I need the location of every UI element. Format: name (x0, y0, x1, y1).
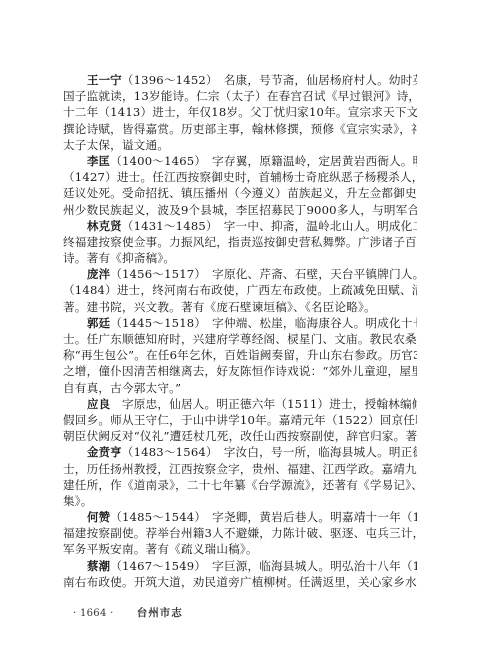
line-text: 士。任广东顺德知府时，兴建府学尊经阁、棂星门、文庙。教民农桑，兴修水利，人 (63, 332, 417, 346)
line-text: （1400～1465） 字存翼，原籍温岭，定居黄岩西衙人。明宣德二年 (110, 154, 417, 168)
entry-heading-line: 庞泮（1456～1517） 字原化、芹斋、石壁，天台平镇牌门人。明成化二十年 (63, 266, 417, 282)
book-title: 台州市志 (137, 607, 183, 619)
line-text: 十二年（1413）进士，年仅18岁。父丁忧归家10年。宣宗求天下文士，吏部召一宁… (63, 105, 417, 119)
biography-text: 王一宁（1396～1452） 名康，号节斋，仙居杨府村人。幼时英敏过于常儿，入国… (63, 72, 417, 590)
line-text: 诗。著有《抑斋稿》。 (63, 251, 175, 265)
entry-text-line: 士。任广东顺德知府时，兴建府学尊经阁、棂星门、文庙。教民农桑，兴修水利，人 (63, 331, 417, 347)
entry-heading-line: 金贲亨（1483～1564） 字汝白，号一所，临海县城人。明正德九年（1514）… (63, 444, 417, 460)
entry-text-line: 士，历任扬州教授，江西按察佥字，贵州、福建、江西学政。嘉靖九年（1531）在福 (63, 461, 417, 477)
person-name: 郭廷 (87, 316, 110, 330)
entry-text-line: 朝臣伏阙反对“仪礼”遭廷杖几死，改任山西按察副使，辞官归家。著有《闲存集》。 (63, 428, 417, 444)
entry-text-line: 太子太保，谥文通。 (63, 137, 417, 153)
entry-text-line: （1427）进士。任江西按察御史时，首辅杨士奇庇纵恶子杨稷杀人，被李匡逮入京， (63, 169, 417, 185)
line-text: 军务平叛安南。著有《疏义瑞山稿》。 (63, 542, 258, 556)
person-name: 王一宁 (87, 73, 122, 87)
entry-text-line: 福建按察副使。荐举台州籍3人不避嫌，力陈计破、驱逐、屯兵三计，巩固北疆，参赞 (63, 525, 417, 541)
entry-text-line: 建任所，作《道南录》，二十七年纂《台学源流》，还著有《学易记》、《学书记》、《一… (63, 477, 417, 493)
biography-entry: 蔡潮（1467～1549） 字巨源，临海县城人。明弘治十八年（1505）进士，终… (63, 558, 417, 590)
line-text: （1427）进士。任江西按察御史时，首辅杨士奇庇纵恶子杨稷杀人，被李匡逮入京， (63, 170, 417, 184)
line-text: （1484）进士，终河南右布政使，广西左布政使。上疏减免田赋、清丈田亩等，直声甚 (63, 283, 417, 297)
line-text: （1485～1544） 字尧卿，黄岩后巷人。明嘉靖十一年（1532）进士，终官 (110, 510, 417, 524)
entry-text-line: 著。建书院，兴文教。著有《庞石壁谏垣稿》、《名臣论略》。 (63, 299, 417, 315)
line-text: （1483～1564） 字汝白，号一所，临海县城人。明正德九年（1514）进 (122, 445, 417, 459)
line-text: 廷议处死。受命招抚、镇压播州（今遵义）苗族起义，升左佥都御史，巡抚四川。叙 (63, 186, 417, 200)
line-text: 南右布政使。开筑大道，劝民道旁广植柳树。任满返里，关心家乡水利，筹治大恶 (63, 575, 417, 589)
entry-text-line: 州少数民族起义，波及9个县城，李匡招募民丁9000多人，与明军合编，平定叙州。 (63, 202, 417, 218)
entry-text-line: 集》。 (63, 493, 417, 509)
line-text: （1431～1485） 字一中、抑斋，温岭北山人。明成化二年（1466）进士， (122, 219, 417, 233)
biography-entry: 金贲亨（1483～1564） 字汝白，号一所，临海县城人。明正德九年（1514）… (63, 444, 417, 509)
line-text: 士，历任扬州教授，江西按察佥字，贵州、福建、江西学政。嘉靖九年（1531）在福 (63, 462, 417, 476)
line-text: 建任所，作《道南录》，二十七年纂《台学源流》，还著有《学易记》、《学书记》、《一… (63, 478, 417, 492)
entry-text-line: 十二年（1413）进士，年仅18岁。父丁忧归家10年。宣宗求天下文士，吏部召一宁… (63, 104, 417, 120)
entry-text-line: 假回乡。师从王守仁，于山中讲学10年。嘉靖元年（1522）回京任职。三年七月，与 (63, 412, 417, 428)
line-text: 终福建按察使佥事。力振风纪，指责巡按御史营私舞弊。广涉诸子百家及唐宋 (63, 235, 417, 249)
line-text: 字原忠，仙居人。明正德六年（1511）进士，授翰林编修，因父母年老告 (110, 397, 417, 411)
entry-text-line: 撰论诗赋，皆得嘉赏。历吏部主事，翰林修撰，预修《宣宗实录》，礼部左侍郎。卒赠 (63, 121, 417, 137)
biography-entry: 何赞（1485～1544） 字尧卿，黄岩后巷人。明嘉靖十一年（1532）进士，终… (63, 509, 417, 558)
line-text: （1456～1517） 字原化、芹斋、石壁，天台平镇牌门人。明成化二十年 (110, 267, 417, 281)
entry-text-line: 南右布政使。开筑大道，劝民道旁广植柳树。任满返里，关心家乡水利，筹治大恶 (63, 574, 417, 590)
line-text: 著。建书院，兴文教。著有《庞石壁谏垣稿》、《名臣论略》。 (63, 300, 376, 314)
entry-heading-line: 郭廷（1445～1518） 字仲端、松崖，临海康谷人。明成化十七年（1481）进 (63, 315, 417, 331)
line-text: 州少数民族起义，波及9个县城，李匡招募民丁9000多人，与明军合编，平定叙州。 (63, 203, 417, 217)
person-name: 蔡潮 (87, 559, 110, 573)
person-name: 何赞 (87, 510, 110, 524)
entry-heading-line: 王一宁（1396～1452） 名康，号节斋，仙居杨府村人。幼时英敏过于常儿，入 (63, 72, 417, 88)
entry-heading-line: 李匡（1400～1465） 字存翼，原籍温岭，定居黄岩西衙人。明宣德二年 (63, 153, 417, 169)
entry-text-line: 诗。著有《抑斋稿》。 (63, 250, 417, 266)
entry-text-line: 廷议处死。受命招抚、镇压播州（今遵义）苗族起义，升左佥都御史，巡抚四川。叙 (63, 185, 417, 201)
document-page: 王一宁（1396～1452） 名康，号节斋，仙居杨府村人。幼时英敏过于常儿，入国… (0, 0, 480, 651)
entry-text-line: 称“再生包公”。在任6年乞休，百姓诣阙奏留，升山东右参政。历官30年，田无半亩 (63, 347, 417, 363)
entry-heading-line: 蔡潮（1467～1549） 字巨源，临海县城人。明弘治十八年（1505）进士，终… (63, 558, 417, 574)
person-name: 林克贤 (87, 219, 122, 233)
entry-text-line: 国子监就读，13岁能诗。仁宗（太子）在春宫召试《早过银河》诗，一宁即诵。永乐 (63, 88, 417, 104)
line-text: 假回乡。师从王守仁，于山中讲学10年。嘉靖元年（1522）回京任职。三年七月，与 (63, 413, 417, 427)
person-name: 庞泮 (87, 267, 110, 281)
page-number: · 1664 · (73, 608, 114, 619)
person-name: 应良 (87, 397, 110, 411)
line-text: 集》。 (63, 494, 93, 508)
line-text: 称“再生包公”。在任6年乞休，百姓诣阙奏留，升山东右参政。历官30年，田无半亩 (63, 348, 417, 362)
entry-text-line: 军务平叛安南。著有《疏义瑞山稿》。 (63, 541, 417, 557)
line-text: 撰论诗赋，皆得嘉赏。历吏部主事，翰林修撰，预修《宣宗实录》，礼部左侍郎。卒赠 (63, 122, 417, 136)
entry-heading-line: 何赞（1485～1544） 字尧卿，黄岩后巷人。明嘉靖十一年（1532）进士，终… (63, 509, 417, 525)
biography-entry: 应良 字原忠，仙居人。明正德六年（1511）进士，授翰林编修，因父母年老告假回乡… (63, 396, 417, 445)
entry-text-line: 自有真，古今郭太守。” (63, 380, 417, 396)
biography-entry: 林克贤（1431～1485） 字一中、抑斋，温岭北山人。明成化二年（1466）进… (63, 218, 417, 267)
line-text: 自有真，古今郭太守。” (63, 381, 181, 395)
biography-entry: 李匡（1400～1465） 字存翼，原籍温岭，定居黄岩西衙人。明宣德二年（142… (63, 153, 417, 218)
entry-text-line: 之增，僮仆因清苦相继离去，好友陈恒作诗戏说：“郊外儿童迎，屋里儿童走。廉爱 (63, 363, 417, 379)
entry-heading-line: 林克贤（1431～1485） 字一中、抑斋，温岭北山人。明成化二年（1466）进… (63, 218, 417, 234)
line-text: 太子太保，谥文通。 (63, 138, 169, 152)
person-name: 李匡 (87, 154, 110, 168)
entry-text-line: （1484）进士，终河南右布政使，广西左布政使。上疏减免田赋、清丈田亩等，直声甚 (63, 282, 417, 298)
line-text: 之增，僮仆因清苦相继离去，好友陈恒作诗戏说：“郊外儿童迎，屋里儿童走。廉爱 (63, 364, 417, 378)
page-footer: · 1664 · 台州市志 (73, 606, 183, 620)
line-text: 福建按察副使。荐举台州籍3人不避嫌，力陈计破、驱逐、屯兵三计，巩固北疆，参赞 (63, 526, 417, 540)
biography-entry: 庞泮（1456～1517） 字原化、芹斋、石壁，天台平镇牌门人。明成化二十年（1… (63, 266, 417, 315)
line-text: （1445～1518） 字仲端、松崖，临海康谷人。明成化十七年（1481）进 (110, 316, 417, 330)
biography-entry: 郭廷（1445～1518） 字仲端、松崖，临海康谷人。明成化十七年（1481）进… (63, 315, 417, 396)
person-name: 金贲亨 (87, 445, 122, 459)
line-text: （1396～1452） 名康，号节斋，仙居杨府村人。幼时英敏过于常儿，入 (122, 73, 417, 87)
entry-text-line: 终福建按察使佥事。力振风纪，指责巡按御史营私舞弊。广涉诸子百家及唐宋 (63, 234, 417, 250)
biography-entry: 王一宁（1396～1452） 名康，号节斋，仙居杨府村人。幼时英敏过于常儿，入国… (63, 72, 417, 153)
line-text: （1467～1549） 字巨源，临海县城人。明弘治十八年（1505）进士，终河 (110, 559, 417, 573)
line-text: 国子监就读，13岁能诗。仁宗（太子）在春宫召试《早过银河》诗，一宁即诵。永乐 (63, 89, 417, 103)
line-text: 朝臣伏阙反对“仪礼”遭廷杖几死，改任山西按察副使，辞官归家。著有《闲存集》。 (63, 429, 417, 443)
entry-heading-line: 应良 字原忠，仙居人。明正德六年（1511）进士，授翰林编修，因父母年老告 (63, 396, 417, 412)
